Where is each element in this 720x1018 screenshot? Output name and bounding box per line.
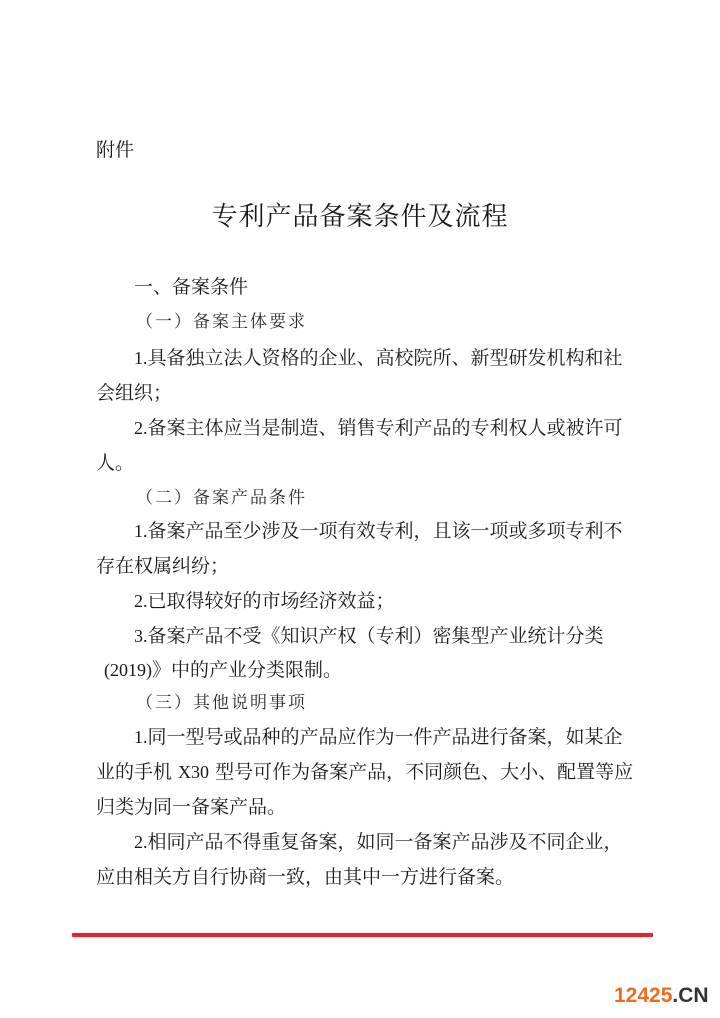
red-divider-line <box>72 933 653 937</box>
paragraph-line: 应由相关方自行协商一致，由其中一方进行备案。 <box>96 862 514 889</box>
paragraph-line: 2.已取得较好的市场经济效益； <box>134 586 395 613</box>
item-number: 3. <box>134 626 148 646</box>
attachment-label: 附件 <box>96 135 134 162</box>
paragraph-line: 1.备案产品至少涉及一项有效专利，且该一项或多项专利不 <box>134 516 623 543</box>
paragraph-line: 会组织； <box>96 378 172 405</box>
paragraph-line: 存在权属纠纷； <box>96 551 229 578</box>
paragraph-line: 2.相同产品不得重复备案，如同一备案产品涉及不同企业， <box>134 827 623 854</box>
document-title: 专利产品备案条件及流程 <box>0 196 720 233</box>
item-number: 1. <box>134 727 148 747</box>
paragraph-line: 归类为同一备案产品。 <box>96 792 286 819</box>
paragraph-line: 3.备案产品不受《知识产权（专利）密集型产业统计分类 <box>134 621 604 648</box>
paragraph-line: 人。 <box>96 448 134 475</box>
paragraph-line: (2019)》中的产业分类限制。 <box>104 655 342 682</box>
item-number: 2. <box>134 418 148 438</box>
paragraph-line: 2.备案主体应当是制造、销售专利产品的专利权人或被许可 <box>134 413 623 440</box>
paragraph-line: 业的手机 X30 型号可作为备案产品，不同颜色、大小、配置等应 <box>96 757 633 784</box>
paragraph-line: 1.同一型号或品种的产品应作为一件产品进行备案，如某企 <box>134 722 623 749</box>
section-heading-conditions: 一、备案条件 <box>134 272 248 299</box>
site-watermark: 12425.CN <box>614 984 709 1008</box>
item-number: 2. <box>134 591 148 611</box>
subsection-heading-notes: （三）其他说明事项 <box>136 688 307 713</box>
item-number: 1. <box>134 521 148 541</box>
item-number: 2. <box>134 832 148 852</box>
paragraph-line: 1.具备独立法人资格的企业、高校院所、新型研发机构和社 <box>134 343 623 370</box>
subsection-heading-entity: （一）备案主体要求 <box>136 307 307 332</box>
subsection-heading-product: （二）备案产品条件 <box>136 483 307 508</box>
item-number: 1. <box>134 348 148 368</box>
